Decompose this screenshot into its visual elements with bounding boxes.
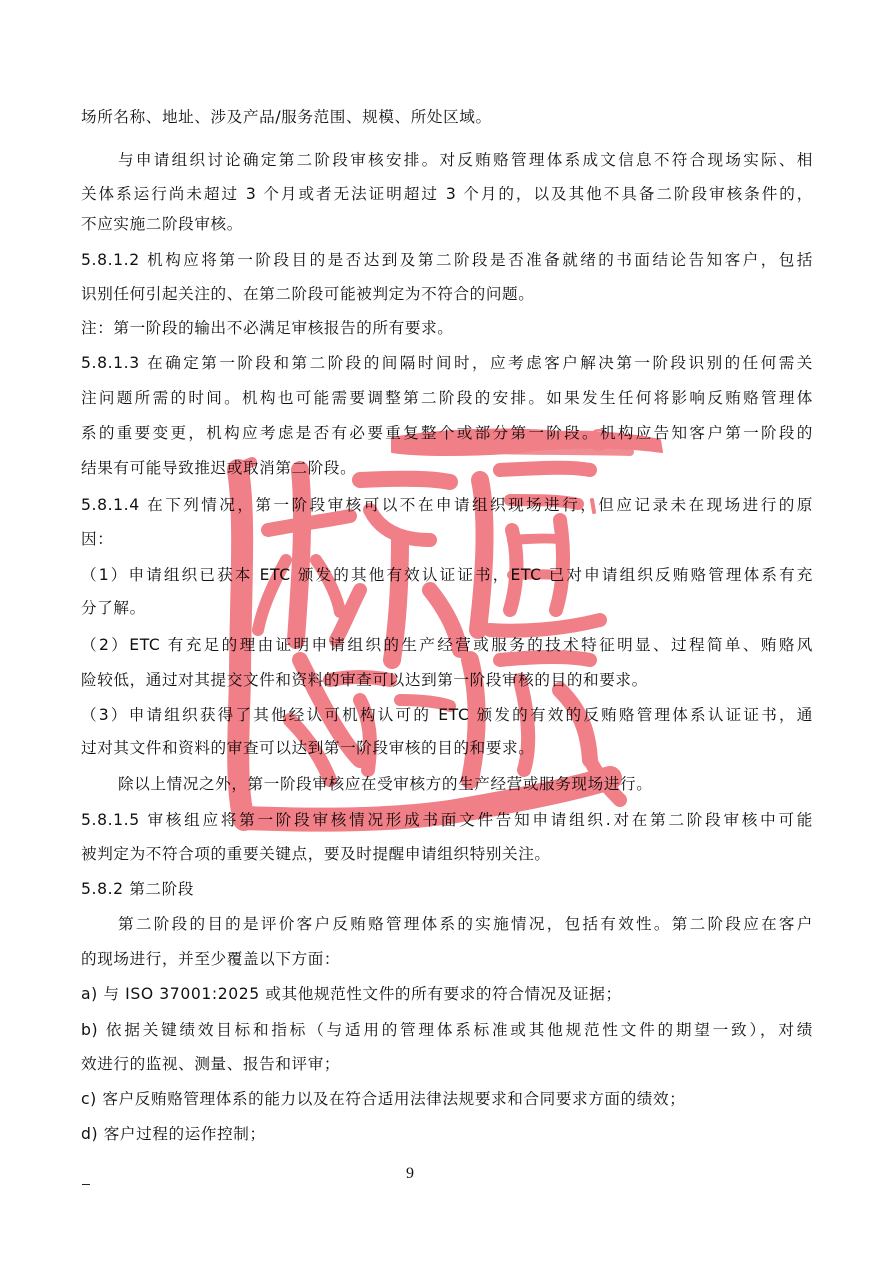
text-line: （3）申请组织获得了其他经认可机构认可的 ETC 颁发的有效的反贿赂管理体系认证… (81, 705, 813, 725)
text-line: 分了解。 (81, 598, 813, 618)
text-line: 效进行的监视、测量、报告和评审； (81, 1054, 813, 1074)
text-line: 5.8.2 第二阶段 (81, 879, 813, 899)
text-line: 因： (81, 529, 813, 549)
text-line: 过对其文件和资料的审查可以达到第一阶段审核的目的和要求。 (81, 738, 813, 758)
text-line: 5.8.1.3 在确定第一阶段和第二阶段的间隔时间时，应考虑客户解决第一阶段识别… (81, 353, 813, 373)
text-line: b) 依据关键绩效目标和指标（与适用的管理体系标准或其他规范性文件的期望一致），… (81, 1020, 813, 1040)
text-line: a) 与 ISO 37001:2025 或其他规范性文件的所有要求的符合情况及证… (81, 984, 813, 1004)
document-page: 场所名称、地址、涉及产品/服务范围、规模、所处区域。与申请组织讨论确定第二阶段审… (0, 0, 892, 1262)
text-line: （2）ETC 有充足的理由证明申请组织的生产经营或服务的技术特征明显、过程简单、… (81, 635, 813, 655)
text-line: 除以上情况之外，第一阶段审核应在受审核方的生产经营或服务现场进行。 (118, 774, 813, 794)
text-line: 5.8.1.2 机构应将第一阶段目的是否达到及第二阶段是否准备就绪的书面结论告知… (81, 250, 813, 270)
text-line: （1）申请组织已获本 ETC 颁发的其他有效认证证书，ETC 已对申请组织反贿赂… (81, 565, 813, 585)
text-line: 注问题所需的时间。机构也可能需要调整第二阶段的安排。如果发生任何将影响反贿赂管理… (81, 388, 813, 408)
text-line: 结果有可能导致推迟或取消第二阶段。 (81, 458, 813, 478)
text-line: 5.8.1.5 审核组应将第一阶段审核情况形成书面文件告知申请组织.对在第二阶段… (81, 810, 813, 830)
text-line: 关体系运行尚未超过 3 个月或者无法证明超过 3 个月的，以及其他不具备二阶段审… (81, 184, 813, 204)
text-line: 第二阶段的目的是评价客户反贿赂管理体系的实施情况，包括有效性。第二阶段应在客户 (118, 914, 813, 934)
text-line: 被判定为不符合项的重要关键点，要及时提醒申请组织特别关注。 (81, 844, 813, 864)
page-number: 9 (400, 1165, 420, 1183)
text-line: 的现场进行，并至少覆盖以下方面： (81, 949, 813, 969)
text-line: d) 客户过程的运作控制； (81, 1124, 813, 1144)
text-line: 系的重要变更，机构应考虑是否有必要重复整个或部分第一阶段。机构应告知客户第一阶段… (81, 423, 813, 443)
text-line: 场所名称、地址、涉及产品/服务范围、规模、所处区域。 (81, 107, 813, 127)
text-line: 识别任何引起关注的、在第二阶段可能被判定为不符合的问题。 (81, 284, 813, 304)
text-line: 与申请组织讨论确定第二阶段审核安排。对反贿赂管理体系成文信息不符合现场实际、相 (118, 150, 813, 170)
text-line: 不应实施二阶段审核。 (81, 214, 813, 234)
text-line: 5.8.1.4 在下列情况，第一阶段审核可以不在申请组织现场进行，但应记录未在现… (81, 495, 813, 515)
footer-mark (82, 1184, 90, 1185)
text-line: 险较低，通过对其提交文件和资料的审查可以达到第一阶段审核的目的和要求。 (81, 670, 813, 690)
text-line: 注：第一阶段的输出不必满足审核报告的所有要求。 (81, 318, 813, 338)
text-line: c) 客户反贿赂管理体系的能力以及在符合适用法律法规要求和合同要求方面的绩效； (81, 1089, 813, 1109)
